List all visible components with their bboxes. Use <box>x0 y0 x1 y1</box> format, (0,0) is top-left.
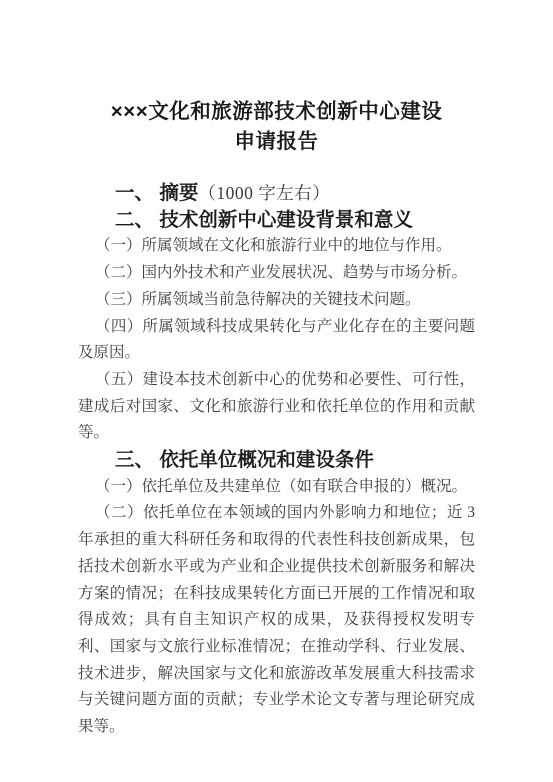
paragraph-item-7: （二）依托单位在本领域的国内外影响力和地位；近 3 年承担的重大科研任务和取得的… <box>78 500 475 740</box>
section-heading-institution: 三、 依托单位概况和建设条件 <box>78 447 475 474</box>
document-body: 一、 摘要（1000 字左右） 二、 技术创新中心建设背景和意义 （一）所属领域… <box>78 180 475 741</box>
section-heading-label: 一、 摘要 <box>115 182 198 204</box>
section-heading-label: 二、 技术创新中心建设背景和意义 <box>115 209 413 231</box>
section-heading-abstract: 一、 摘要（1000 字左右） <box>78 180 475 207</box>
title-line-2: 申请报告 <box>0 127 553 157</box>
paragraph-item-1: （一）所属领域在文化和旅游行业中的地位与作用。 <box>78 233 475 260</box>
paragraph-item-4: （四）所属领域科技成果转化与产业化存在的主要问题及原因。 <box>78 314 475 367</box>
paragraph-item-2: （二）国内外技术和产业发展状况、趋势与市场分析。 <box>78 260 475 287</box>
document-title: ×××文化和旅游部技术创新中心建设 申请报告 <box>0 97 553 157</box>
document-page: ×××文化和旅游部技术创新中心建设 申请报告 一、 摘要（1000 字左右） 二… <box>0 0 553 782</box>
title-line-1: ×××文化和旅游部技术创新中心建设 <box>0 97 553 127</box>
paragraph-item-6: （一）依托单位及共建单位（如有联合申报的）概况。 <box>78 474 475 501</box>
paragraph-item-5: （五）建设本技术创新中心的优势和必要性、可行性，建成后对国家、文化和旅游行业和依… <box>78 367 475 447</box>
section-heading-background: 二、 技术创新中心建设背景和意义 <box>78 207 475 234</box>
paragraph-item-3: （三）所属领域当前急待解决的关键技术问题。 <box>78 287 475 314</box>
section-heading-note: （1000 字左右） <box>198 183 330 203</box>
section-heading-label: 三、 依托单位概况和建设条件 <box>115 449 374 471</box>
